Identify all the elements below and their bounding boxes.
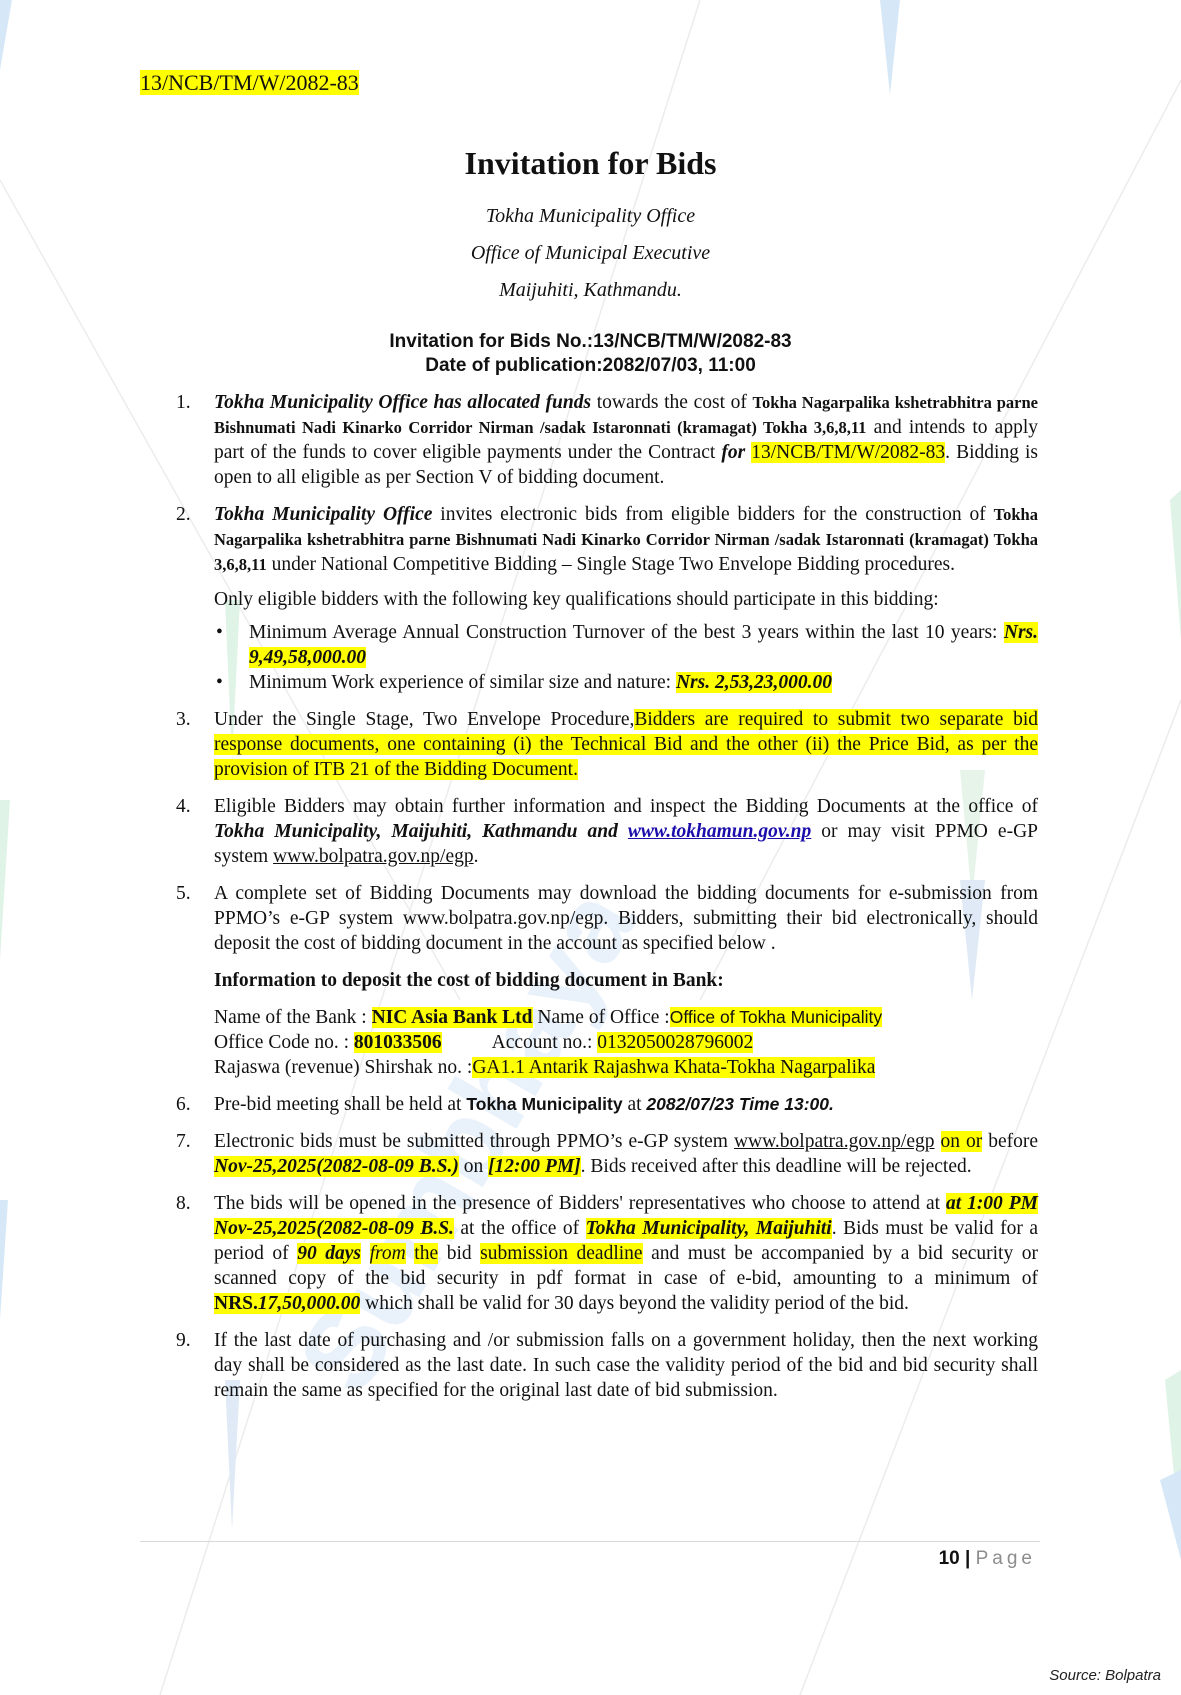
pre-bid-datetime: 2082/07/23 Time 13:00. — [646, 1094, 833, 1114]
bank-info-heading: Information to deposit the cost of biddi… — [214, 968, 1038, 993]
qualification-experience: Minimum Work experience of similar size … — [214, 670, 1038, 695]
office-address: Maijuhiti, Kathmandu. — [0, 279, 1181, 302]
submission-time: [12:00 PM] — [488, 1156, 581, 1177]
qualification-turnover: Minimum Average Annual Construction Turn… — [214, 620, 1038, 670]
clauses-list: 1. Tokha Municipality Office has allocat… — [176, 390, 1038, 1415]
bid-security-amount: NRS.17,50,000.00 — [214, 1293, 360, 1314]
submission-deadline: Nov-25,2025(2082-08-09 B.S.) — [214, 1156, 459, 1177]
page-number: 10 | Page — [939, 1548, 1036, 1570]
bolpatra-link[interactable]: www.bolpatra.gov.np/egp — [273, 846, 474, 867]
revenue-row: Rajaswa (revenue) Shirshak no. :GA1.1 An… — [214, 1055, 1038, 1080]
clause-4: 4. Eligible Bidders may obtain further i… — [176, 794, 1038, 869]
publication-date: Date of publication:2082/07/03, 11:00 — [0, 354, 1181, 378]
footer-divider — [140, 1541, 1040, 1542]
clause-8: 8. The bids will be opened in the presen… — [176, 1191, 1038, 1316]
clause-7: 7. Electronic bids must be submitted thr… — [176, 1129, 1038, 1179]
clause-1: 1. Tokha Municipality Office has allocat… — [176, 390, 1038, 490]
tokhamun-link[interactable]: www.tokhamun.gov.np — [628, 821, 811, 842]
revenue-head: GA1.1 Antarik Rajashwa Khata-Tokha Nagar… — [472, 1057, 875, 1078]
qualification-intro: Only eligible bidders with the following… — [214, 587, 1038, 612]
bank-name: NIC Asia Bank Ltd — [372, 1007, 533, 1028]
office-name: Tokha Municipality Office — [0, 205, 1181, 228]
clause-3: 3. Under the Single Stage, Two Envelope … — [176, 707, 1038, 782]
clause-9: 9. If the last date of purchasing and /o… — [176, 1328, 1038, 1403]
clause-6: 6. Pre-bid meeting shall be held at Tokh… — [176, 1092, 1038, 1117]
office-executive: Office of Municipal Executive — [0, 242, 1181, 265]
bolpatra-link[interactable]: www.bolpatra.gov.np/egp — [734, 1131, 935, 1152]
office-name-value: Office of Tokha Municipality — [670, 1007, 882, 1027]
account-number: 0132050028796002 — [597, 1032, 753, 1053]
source-caption: Source: Bolpatra — [1049, 1667, 1161, 1684]
ifb-number: Invitation for Bids No.:13/NCB/TM/W/2082… — [0, 330, 1181, 354]
validity-days: 90 days — [297, 1243, 361, 1264]
contract-ref: 13/NCB/TM/W/2082-83 — [751, 442, 945, 463]
page-title: Invitation for Bids — [0, 145, 1181, 182]
office-code: 801033506 — [354, 1032, 442, 1053]
clause-2: 2. Tokha Municipality Office invites ele… — [176, 502, 1038, 695]
qualification-list: Minimum Average Annual Construction Turn… — [214, 620, 1038, 695]
document-reference: 13/NCB/TM/W/2082-83 — [140, 70, 359, 96]
office-code-row: Office Code no. : 801033506Account no.: … — [214, 1030, 1038, 1055]
clause-5: 5. A complete set of Bidding Documents m… — [176, 881, 1038, 1080]
bank-name-row: Name of the Bank : NIC Asia Bank Ltd Nam… — [214, 1005, 1038, 1030]
